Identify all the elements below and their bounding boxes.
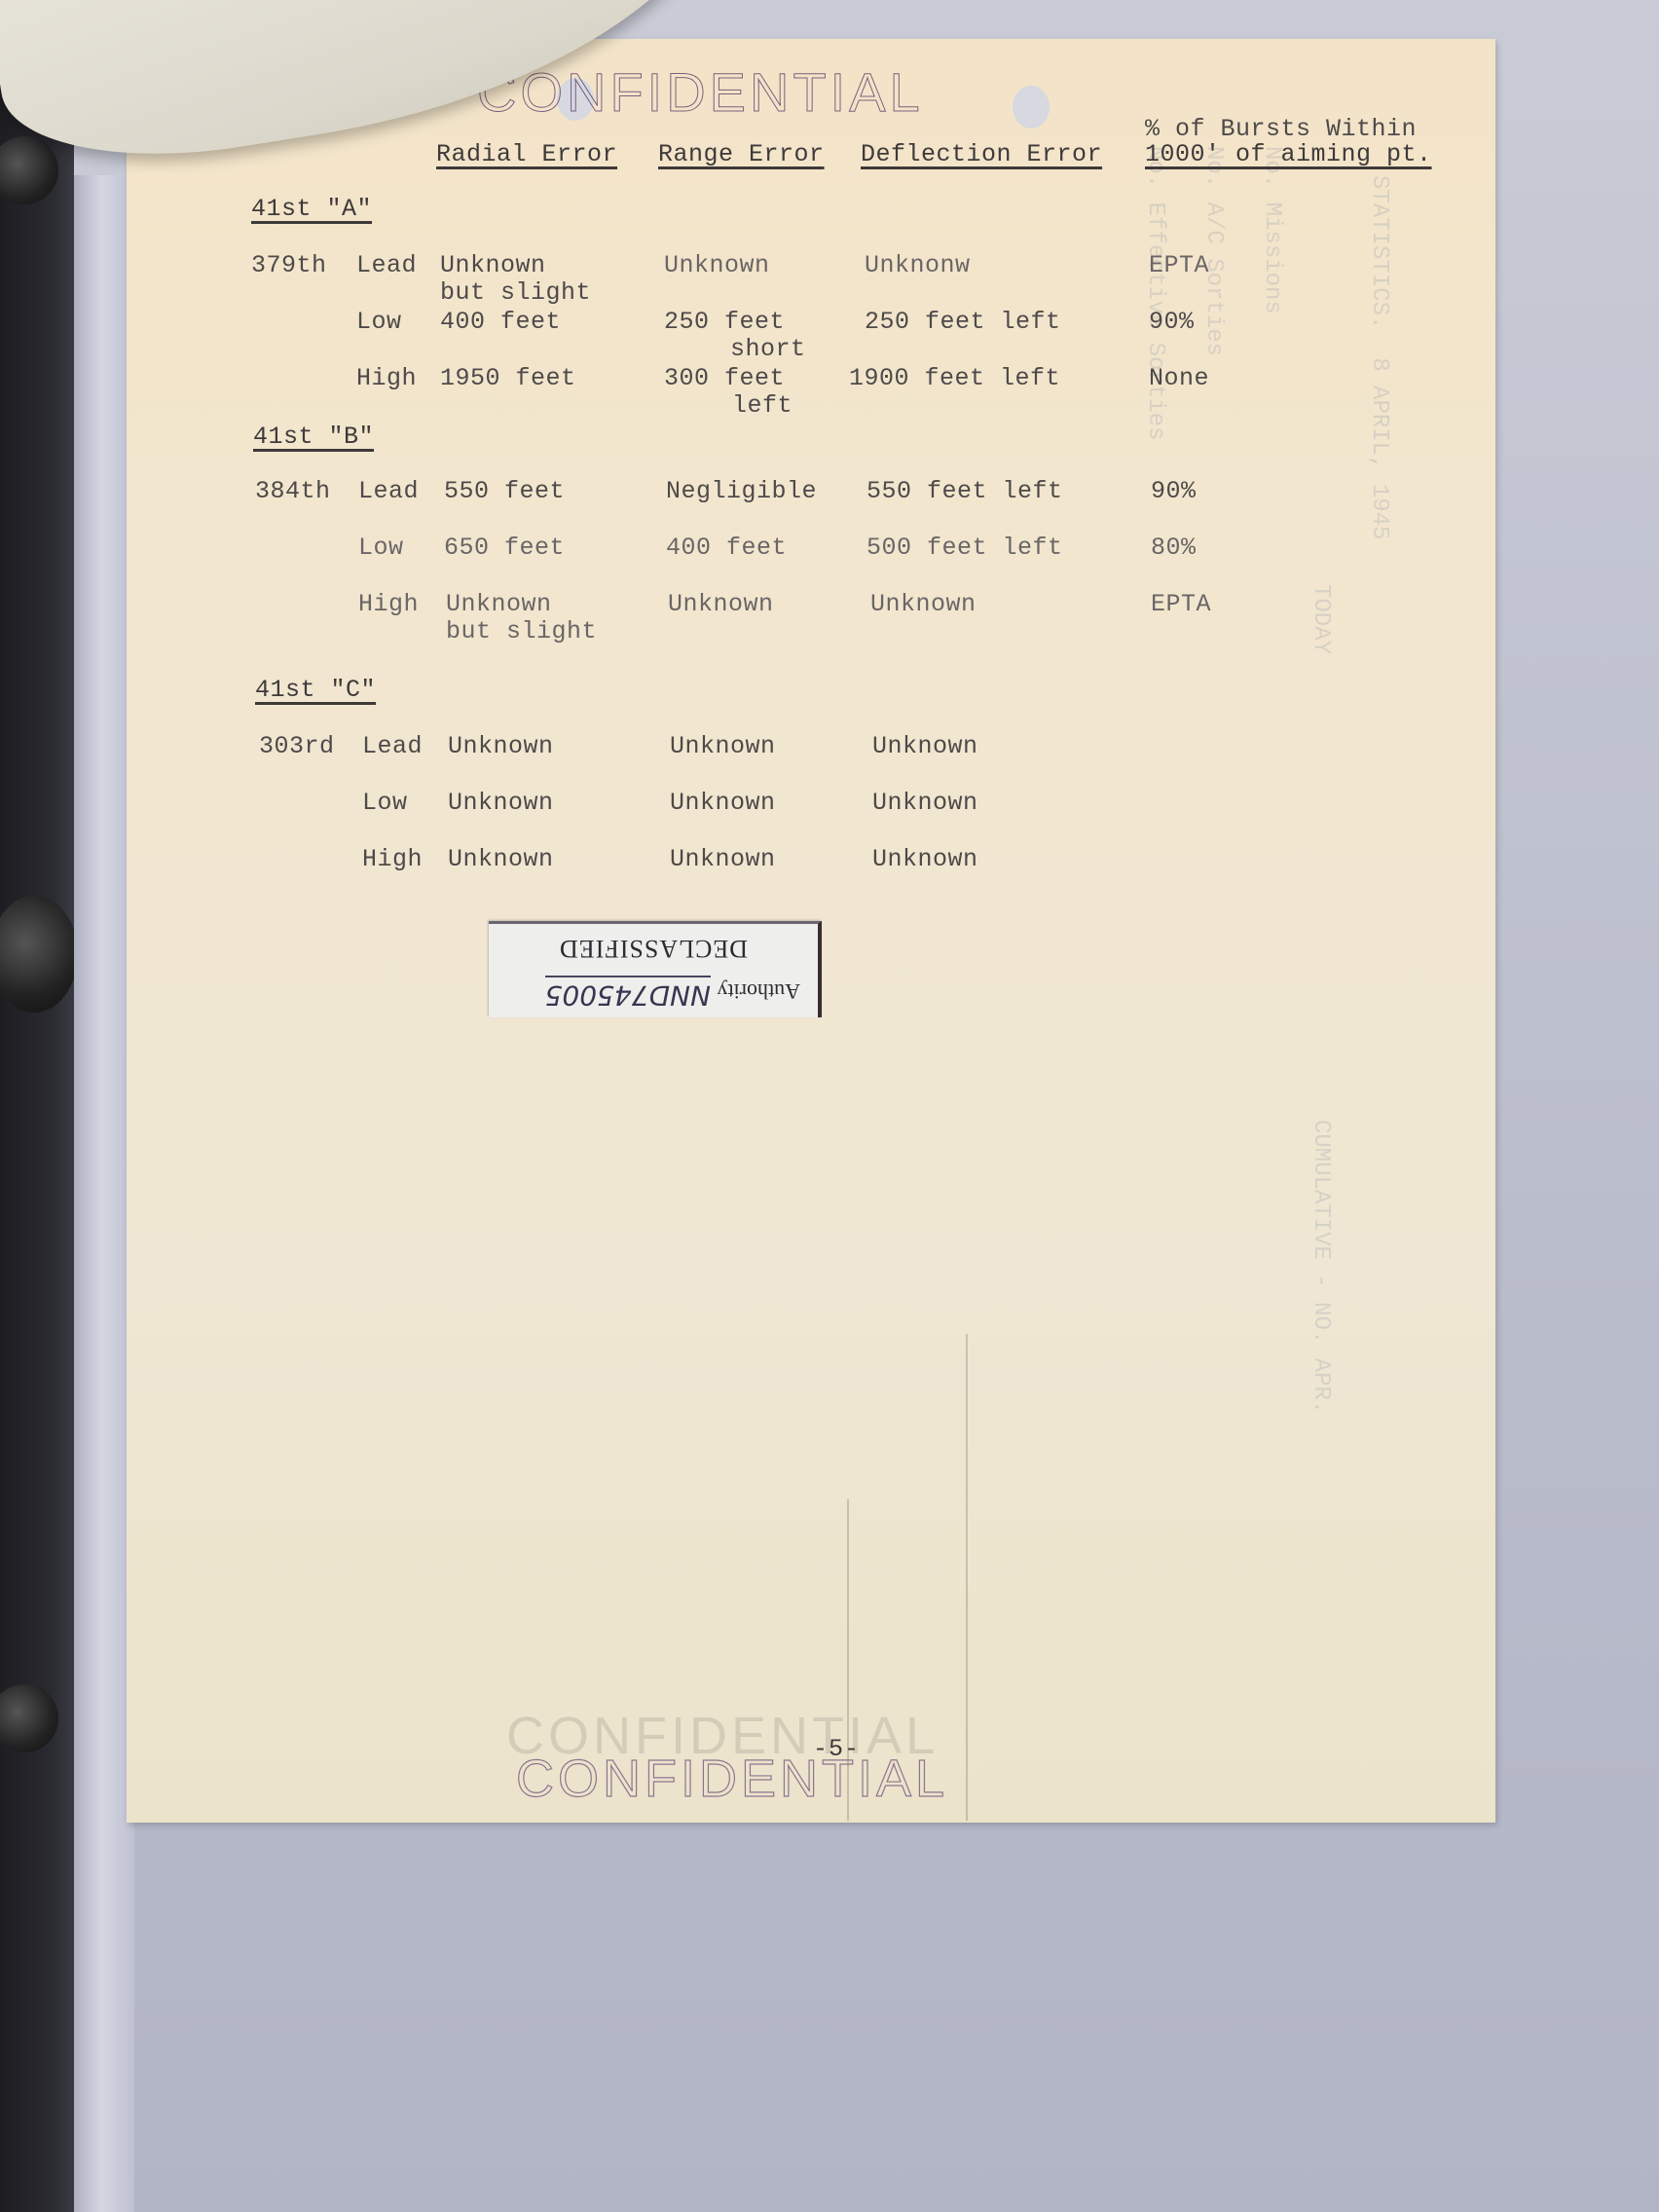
reverse-side-bleed: No. Effective Sorties xyxy=(1142,146,1168,440)
range-error-value: 300 feet xyxy=(664,364,785,392)
section-title: 41st "C" xyxy=(255,676,376,704)
position-label: Lead xyxy=(358,477,419,505)
range-error-value-cont: left xyxy=(732,391,793,420)
punch-hole xyxy=(1013,86,1050,129)
range-error-value: Unknown xyxy=(670,845,776,873)
deflection-error-value: 250 feet left xyxy=(865,308,1061,336)
range-error-value: 400 feet xyxy=(666,534,787,562)
bursts-value: None xyxy=(1149,364,1209,392)
radial-error-value: Unknown xyxy=(448,789,554,817)
declassified-stamp: DECLASSIFIED Authority NND745005 xyxy=(489,921,822,1017)
declassified-title: DECLASSIFIED xyxy=(489,934,818,963)
section-title: 41st "A" xyxy=(251,195,372,223)
reverse-side-bleed: STATISTICS. 8 APRIL, 1945 xyxy=(1366,175,1392,539)
radial-error-value: Unknown xyxy=(448,732,554,760)
position-label: Low xyxy=(356,308,402,336)
confidential-stamp-bottom: CONFIDENTIAL xyxy=(516,1749,948,1809)
binder-ring xyxy=(0,1684,58,1752)
position-label: High xyxy=(356,364,417,392)
deflection-error-value: 1900 feet left xyxy=(849,364,1060,392)
deflection-error-value: Unknown xyxy=(872,789,978,817)
position-label: Low xyxy=(362,789,408,817)
reverse-side-bleed: TODAY xyxy=(1308,584,1334,654)
bursts-value: EPTA xyxy=(1149,251,1209,279)
header-radial-error: Radial Error xyxy=(436,140,617,168)
position-label: Low xyxy=(358,534,404,562)
range-error-value: 250 feet xyxy=(664,308,785,336)
range-error-value: Negligible xyxy=(666,477,817,505)
deflection-error-value: Unknown xyxy=(870,590,977,618)
position-label: High xyxy=(362,845,423,873)
header-range-error: Range Error xyxy=(658,140,825,168)
position-label: Lead xyxy=(362,732,423,760)
group-label: 384th xyxy=(255,477,331,505)
bursts-value: 80% xyxy=(1151,534,1197,562)
header-bursts-line1: % of Bursts Within xyxy=(1145,115,1417,143)
radial-error-value: Unknown xyxy=(448,845,554,873)
radial-error-value: 550 feet xyxy=(444,477,565,505)
radial-error-value-cont: but slight xyxy=(446,617,597,645)
binder-ring xyxy=(0,896,78,1013)
position-label: Lead xyxy=(356,251,417,279)
deflection-error-value: Unknown xyxy=(872,732,978,760)
group-label: 303rd xyxy=(259,732,335,760)
reverse-side-bleed: No. Missions xyxy=(1259,146,1285,314)
binder-edge xyxy=(0,0,74,2212)
deflection-error-value: Unknonw xyxy=(865,251,971,279)
binder-ring xyxy=(0,136,58,204)
radial-error-value-cont: but slight xyxy=(440,278,591,307)
authority-code: NND745005 xyxy=(545,976,711,1012)
range-error-value: Unknown xyxy=(668,590,774,618)
radial-error-value: 400 feet xyxy=(440,308,561,336)
range-error-value: Unknown xyxy=(670,789,776,817)
radial-error-value: 650 feet xyxy=(444,534,565,562)
group-label: 379th xyxy=(251,251,327,279)
radial-error-value: 1950 feet xyxy=(440,364,576,392)
section-title: 41st "B" xyxy=(253,423,374,451)
authority-label: Authority xyxy=(717,978,800,1004)
deflection-error-value: 500 feet left xyxy=(866,534,1063,562)
deflection-error-value: 550 feet left xyxy=(866,477,1063,505)
radial-error-value: Unknown xyxy=(440,251,546,279)
range-error-value: Unknown xyxy=(664,251,770,279)
radial-error-value: Unknown xyxy=(446,590,552,618)
range-error-value: Unknown xyxy=(670,732,776,760)
confidential-stamp-top: CONFIDENTIAL xyxy=(477,60,924,124)
position-label: High xyxy=(358,590,419,618)
header-bursts-line2: 1000' of aiming pt. xyxy=(1145,140,1432,168)
bursts-value: 90% xyxy=(1149,308,1195,336)
reverse-side-bleed: CUMULATIVE - NO. APR. xyxy=(1308,1120,1334,1414)
paper-crease xyxy=(966,1334,968,1821)
binder-rail xyxy=(74,175,134,2212)
bursts-value: 90% xyxy=(1151,477,1197,505)
deflection-error-value: Unknown xyxy=(872,845,978,873)
bursts-value: EPTA xyxy=(1151,590,1211,618)
range-error-value-cont: short xyxy=(730,335,806,363)
header-deflection-error: Deflection Error xyxy=(861,140,1102,168)
